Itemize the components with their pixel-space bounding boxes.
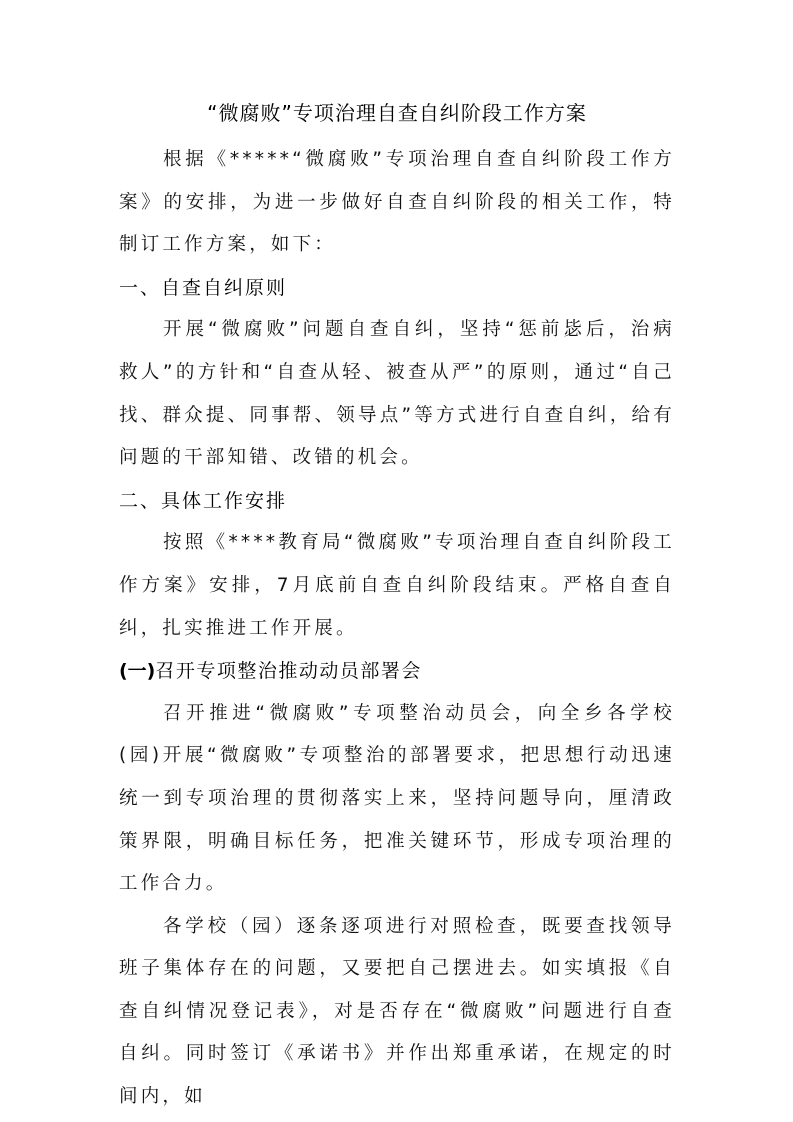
subsection-heading-mobilization: (一)召开专项整治推动动员部署会	[119, 650, 675, 693]
mobilization-paragraph-1: 召开推进“微腐败”专项整治动员会，向全乡各学校(园)开展“微腐败”专项整治的部署…	[119, 693, 675, 906]
intro-paragraph: 根据《*****“微腐败”专项治理自查自纠阶段工作方案》的安排，为进一步做好自查…	[119, 139, 675, 267]
section-heading-principles: 一、自查自纠原则	[119, 267, 675, 310]
document-title: “微腐败”专项治理自查自纠阶段工作方案	[119, 97, 675, 129]
principles-paragraph: 开展“微腐败”问题自查自纠，坚持“惩前毖后，治病救人”的方针和“自查从轻、被查从…	[119, 309, 675, 479]
subsection-marker: (一)	[119, 660, 155, 682]
mobilization-paragraph-2: 各学校（园）逐条逐项进行对照检查，既要查找领导班子集体存在的问题，又要把自己摆进…	[119, 906, 675, 1119]
subsection-heading-text: 召开专项整治推动动员部署会	[155, 660, 422, 682]
section-heading-arrangements: 二、具体工作安排	[119, 480, 675, 523]
document-page: “微腐败”专项治理自查自纠阶段工作方案 根据《*****“微腐败”专项治理自查自…	[0, 0, 793, 1122]
arrangements-paragraph: 按照《****教育局“微腐败”专项治理自查自纠阶段工作方案》安排，7月底前自查自…	[119, 522, 675, 650]
document-body: “微腐败”专项治理自查自纠阶段工作方案 根据《*****“微腐败”专项治理自查自…	[119, 97, 675, 1119]
